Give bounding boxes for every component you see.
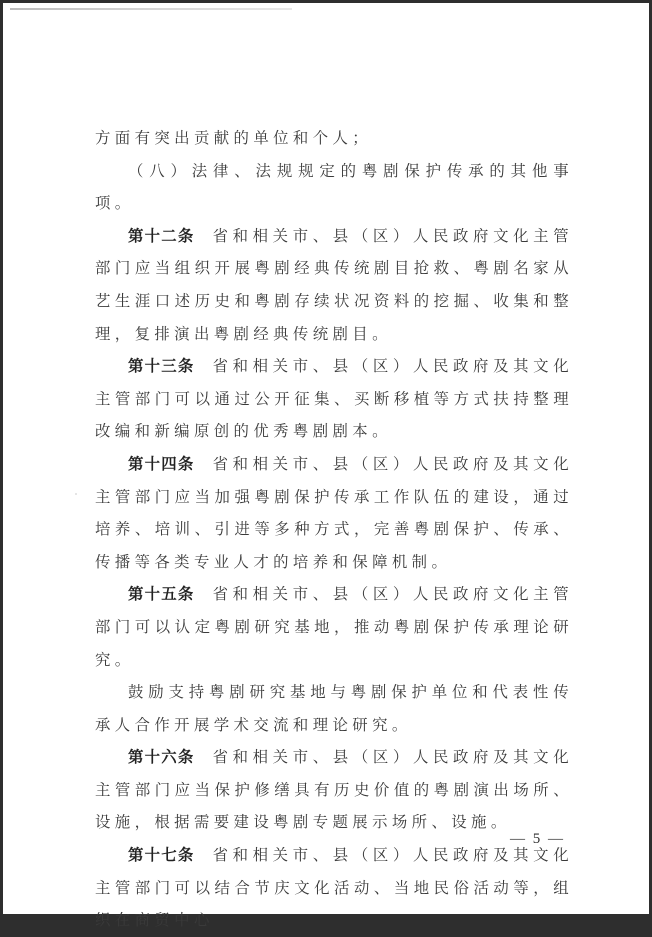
article-number: 第十六条 bbox=[128, 748, 195, 766]
scan-edge-line bbox=[10, 8, 292, 10]
article-12: 第十二条省和相关市、县（区）人民政府文化主管部门应当组织开展粤剧经典传统剧目抢救… bbox=[95, 220, 573, 350]
document-page: 方面有突出贡献的单位和个人； （八）法律、法规规定的粤剧保护传承的其他事项。 第… bbox=[3, 3, 649, 914]
article-number: 第十四条 bbox=[128, 455, 195, 473]
article-number: 第十七条 bbox=[128, 846, 195, 864]
article-13: 第十三条省和相关市、县（区）人民政府及其文化主管部门可以通过公开征集、买断移植等… bbox=[95, 350, 573, 448]
article-15: 第十五条省和相关市、县（区）人民政府文化主管部门可以认定粤剧研究基地，推动粤剧保… bbox=[95, 578, 573, 676]
scan-speck bbox=[75, 493, 77, 495]
paragraph-continuation: 方面有突出贡献的单位和个人； bbox=[95, 122, 573, 155]
article-16: 第十六条省和相关市、县（区）人民政府及其文化主管部门应当保护修缮具有历史价值的粤… bbox=[95, 741, 573, 839]
paragraph-article-15-clause-2: 鼓励支持粤剧研究基地与粤剧保护单位和代表性传承人合作开展学术交流和理论研究。 bbox=[95, 676, 573, 741]
article-17: 第十七条省和相关市、县（区）人民政府及其文化主管部门可以结合节庆文化活动、当地民… bbox=[95, 839, 573, 917]
paragraph-item-8: （八）法律、法规规定的粤剧保护传承的其他事项。 bbox=[95, 155, 573, 220]
article-number: 第十三条 bbox=[128, 357, 195, 375]
article-number: 第十五条 bbox=[128, 585, 195, 603]
article-14: 第十四条省和相关市、县（区）人民政府及其文化主管部门应当加强粤剧保护传承工作队伍… bbox=[95, 448, 573, 578]
page-number: — 5 — bbox=[510, 831, 565, 848]
article-number: 第十二条 bbox=[128, 227, 195, 245]
document-body: 方面有突出贡献的单位和个人； （八）法律、法规规定的粤剧保护传承的其他事项。 第… bbox=[95, 122, 573, 917]
